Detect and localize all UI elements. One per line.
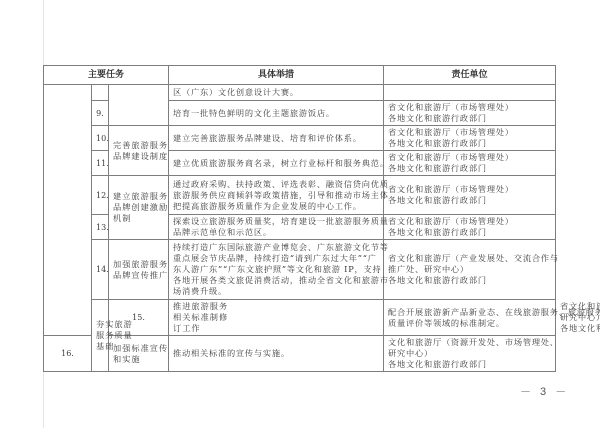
unit-cell: 省文化和旅游厅（市场管理处） 各地文化和旅游行政部门 bbox=[384, 176, 556, 215]
row-number: 12. bbox=[92, 176, 109, 215]
unit-cell: 省文化和旅游厅（市场管理处） 各地文化和旅游行政部门 bbox=[384, 215, 556, 240]
unit-cell: 省文化和旅游厅（市场管理处） 各地文化和旅游行政部门 bbox=[384, 126, 556, 151]
row-number: 9. bbox=[92, 101, 109, 126]
unit-cell: 省文化和旅游厅（市场管理处） 各地文化和旅游行政部门 bbox=[384, 101, 556, 126]
measure-cell: 培育一批特色鲜明的文化主题旅游饭店。 bbox=[169, 101, 384, 126]
unit-cell: 省文化和旅游厅（市场管理处） 各地文化和旅游行政部门 bbox=[384, 151, 556, 176]
row-number: 10. bbox=[92, 126, 109, 151]
category-cell: 夯实旅游 服务质量 基础 bbox=[92, 300, 109, 372]
header-row: 主要任务 具体举措 责任单位 bbox=[44, 66, 556, 85]
subtask-cell: 建立旅游服务 品牌创建激励 机制 bbox=[109, 176, 169, 240]
table-row: 14. 加强旅游服务 品牌宣传推广 持续打造广东国际旅游产业博览会、广东旅游文化… bbox=[44, 240, 556, 300]
row-number: 16. bbox=[44, 336, 92, 372]
category-cell-empty bbox=[44, 85, 92, 336]
measure-cell: 区（广东）文化创意设计大赛。 bbox=[169, 85, 384, 101]
table-row: 10. 完善旅游服务 品牌建设制度 建立完善旅游服务品牌建设、培育和评价体系。 … bbox=[44, 126, 556, 151]
header-main-task: 主要任务 bbox=[44, 66, 169, 85]
measure-cell: 持续打造广东国际旅游产业博览会、广东旅游文化节等 重点展会节庆品牌，持续打造“请… bbox=[169, 240, 384, 300]
unit-cell: 省文化和旅游厅（产业发展处、交流合作与 推广处、研究中心） 各地文化和旅游行政部… bbox=[384, 240, 556, 300]
subtask-cell: 推进旅游服务 相关标准制修 订工作 bbox=[169, 300, 384, 336]
subtask-cell: 加强旅游服务 品牌宣传推广 bbox=[109, 240, 169, 300]
header-measures: 具体举措 bbox=[169, 66, 384, 85]
unit-cell bbox=[384, 85, 556, 101]
row-number: 14. bbox=[92, 240, 109, 300]
measure-cell: 通过政府采购、扶持政策、评选表彰、融资信贷向优质 旅游服务供应商倾斜等政策措施，… bbox=[169, 176, 384, 215]
document-page: 主要任务 具体举措 责任单位 区（广东）文化创意设计大赛。 9. 培育一批特色鲜… bbox=[0, 0, 600, 428]
measure-cell: 探索设立旅游服务质量奖，培育建设一批旅游服务质量 品牌示范单位和示范区。 bbox=[169, 215, 384, 240]
measure-cell: 配合开展旅游新产品新业态、在线旅游服务、旅游服务 质量评价等领域的标准制定。 bbox=[384, 300, 556, 336]
subtask-cell bbox=[109, 85, 169, 126]
task-table: 主要任务 具体举措 责任单位 区（广东）文化创意设计大赛。 9. 培育一批特色鲜… bbox=[43, 65, 556, 372]
table-row: 12. 建立旅游服务 品牌创建激励 机制 通过政府采购、扶持政策、评选表彰、融资… bbox=[44, 176, 556, 215]
header-responsible-unit: 责任单位 bbox=[384, 66, 556, 85]
unit-cell: 文化和旅游厅（资源开发处、市场管理处、 研究中心） 各地文化和旅游行政部门 bbox=[384, 336, 556, 372]
row-number: 11. bbox=[92, 151, 109, 176]
measure-cell: 建立优质旅游服务商名录，树立行业标杆和服务典范。 bbox=[169, 151, 384, 176]
table-row: 区（广东）文化创意设计大赛。 bbox=[44, 85, 556, 101]
measure-cell: 建立完善旅游服务品牌建设、培育和评价体系。 bbox=[169, 126, 384, 151]
row-number: 13. bbox=[92, 215, 109, 240]
subtask-cell: 加强标准宣传 和实施 bbox=[109, 336, 169, 372]
measure-cell: 推动相关标准的宣传与实施。 bbox=[169, 336, 384, 372]
table-row: 夯实旅游 服务质量 基础 15. 推进旅游服务 相关标准制修 订工作 配合开展旅… bbox=[44, 300, 556, 336]
table-row: 16. 加强标准宣传 和实施 推动相关标准的宣传与实施。 文化和旅游厅（资源开发… bbox=[44, 336, 556, 372]
row-number bbox=[92, 85, 109, 101]
page-number: － 3 － bbox=[520, 383, 569, 399]
subtask-cell: 完善旅游服务 品牌建设制度 bbox=[109, 126, 169, 176]
